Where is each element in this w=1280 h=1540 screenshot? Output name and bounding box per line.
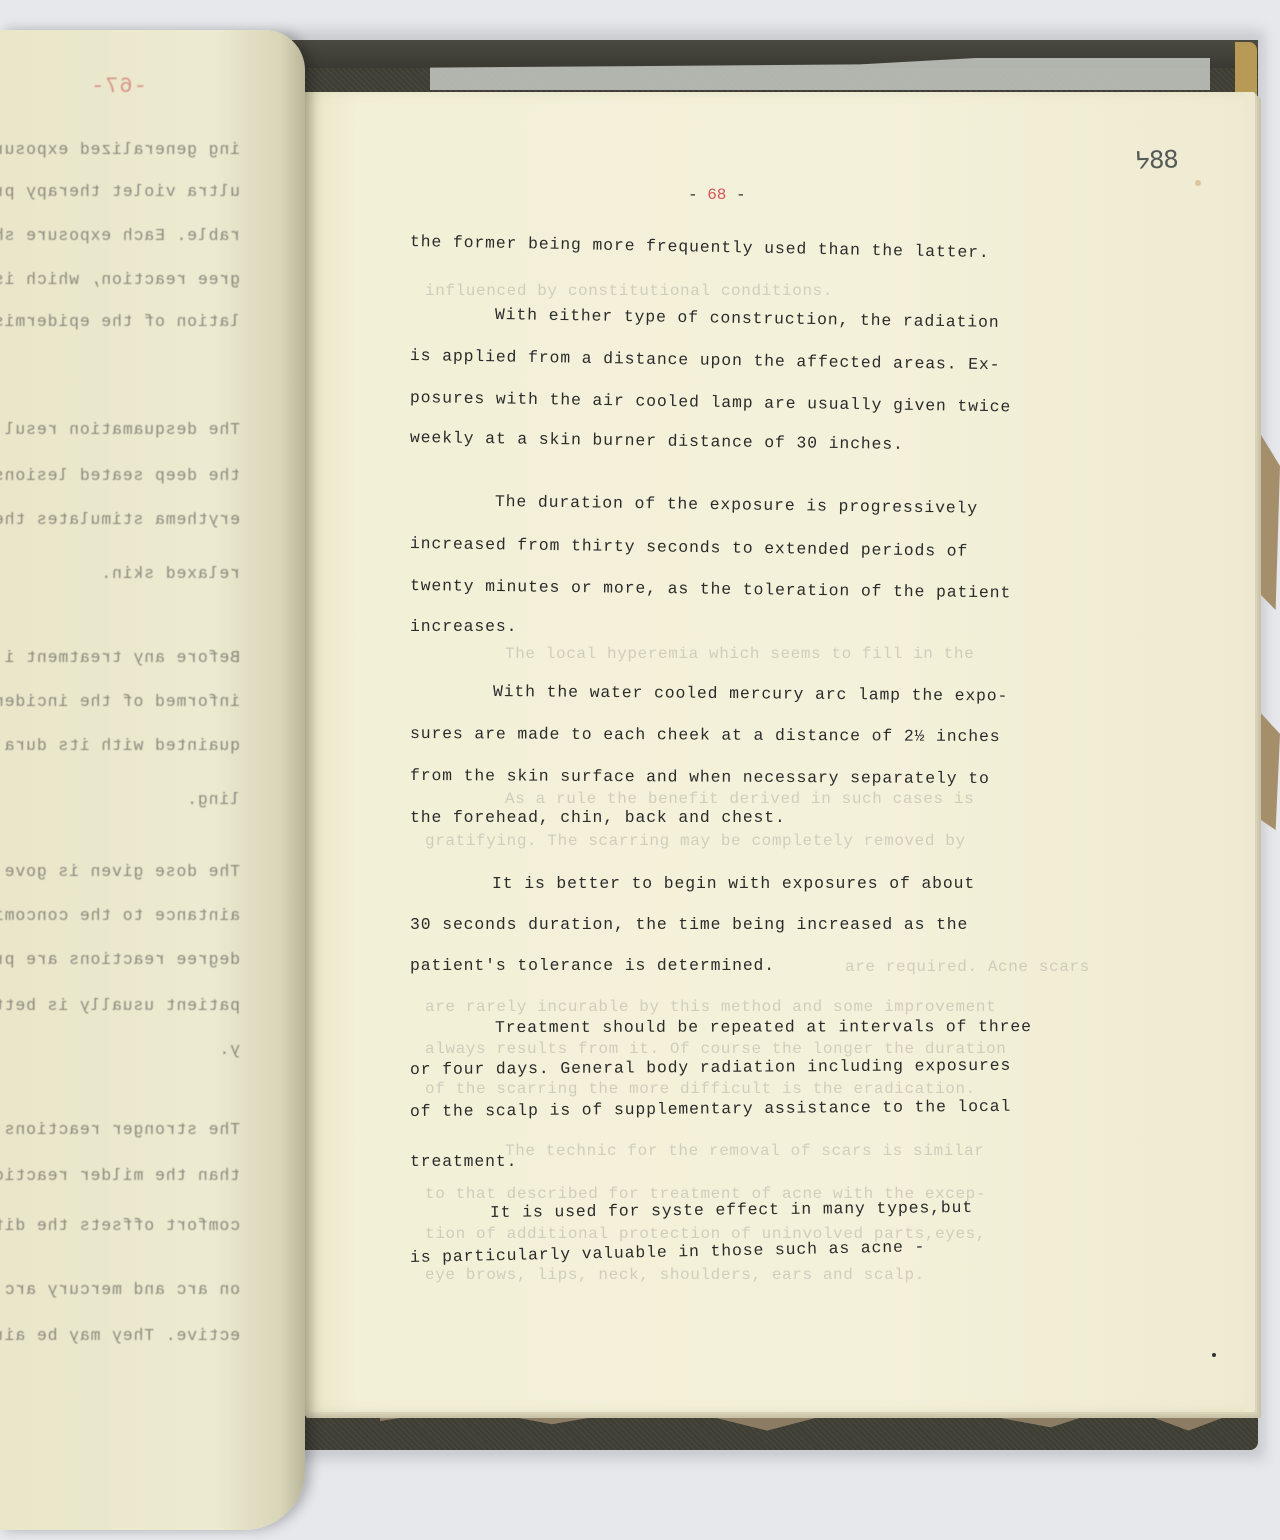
mirrored-line: lation of the epidermis. <box>0 312 240 331</box>
page-number-value: 68 <box>707 186 726 204</box>
mirrored-line: Before any treatment i <box>4 648 240 667</box>
body-line: It is better to begin with exposures of … <box>492 874 975 893</box>
mirrored-line: degree reactions are pr <box>0 950 240 969</box>
page-number: - 68 - <box>688 186 746 204</box>
mirrored-line: erythema stimulates the f <box>0 510 240 529</box>
bleed-through-line: gratifying. The scarring may be complete… <box>425 832 966 850</box>
mirrored-line: quainted with its dura <box>4 736 240 755</box>
body-line: increases. <box>410 617 517 636</box>
torn-paper-side-2 <box>1258 710 1280 830</box>
body-line: patient's tolerance is determined. <box>410 956 775 975</box>
handwritten-folio-mark: ᔭ88 <box>1135 145 1179 174</box>
mirrored-line: ling. <box>186 790 240 809</box>
foxing-spot <box>1195 180 1201 186</box>
body-line: 30 seconds duration, the time being incr… <box>410 915 968 934</box>
bleed-through-line: are rarely incurable by this method and … <box>425 998 996 1016</box>
bleed-through-line: As a rule the benefit derived in such ca… <box>505 790 974 808</box>
mirrored-line: patient usually is better <box>0 996 240 1015</box>
mirrored-line: rable. Each exposure sho <box>0 226 240 245</box>
page-number-prefix: - <box>688 186 707 204</box>
body-line: treatment. <box>410 1152 517 1171</box>
bleed-through-line: eye brows, lips, neck, shoulders, ears a… <box>425 1266 925 1284</box>
torn-paper-side <box>1258 430 1280 610</box>
mirrored-line: The dose given is gove <box>4 862 240 881</box>
mirrored-line: gree reaction, which is fo <box>0 270 240 289</box>
bleed-through-line: The local hyperemia which seems to fill … <box>505 645 974 663</box>
mirrored-line: informed of the incidence <box>0 692 240 711</box>
mirrored-line: than the milder reaction <box>0 1166 240 1185</box>
mirrored-line: The desquamation resul <box>4 420 240 439</box>
left-page-mirrored-text: -67- ing generalized exposures ultra vio… <box>0 30 305 1530</box>
left-page: -67- ing generalized exposures ultra vio… <box>0 30 305 1530</box>
mirrored-line: ective. They may be air c <box>0 1326 240 1345</box>
mirrored-line: y. <box>219 1040 240 1059</box>
bleed-through-line: The technic for the removal of scars is … <box>505 1142 984 1160</box>
mirrored-line: aintance to the concomitan <box>0 906 240 925</box>
bleed-through-line: of the scarring the more difficult is th… <box>425 1080 976 1098</box>
bleed-through-line: are required. Acne scars <box>845 958 1090 976</box>
bleed-through-line: influenced by constitutional conditions. <box>425 282 833 300</box>
mirrored-line: on arc and mercury arc la <box>0 1280 240 1299</box>
body-line: sures are made to each cheek at a distan… <box>410 724 1001 746</box>
mirrored-line: ing generalized exposures <box>0 140 240 159</box>
mirrored-line: comfort offsets the differ <box>0 1216 240 1235</box>
body-line: the forehead, chin, back and chest. <box>410 808 786 827</box>
left-page-number: -67- <box>90 74 147 99</box>
mirrored-line: The stronger reactions <box>4 1120 240 1139</box>
mirrored-line: relaxed skin. <box>100 564 240 583</box>
bleed-through-line: always results from it. Of course the lo… <box>425 1040 1007 1058</box>
body-line: Treatment should be repeated at interval… <box>495 1017 1032 1037</box>
ink-dot <box>1212 1353 1216 1357</box>
mirrored-line: ultra violet therapy prono <box>0 182 240 201</box>
body-line: from the skin surface and when necessary… <box>410 766 990 788</box>
mirrored-line: the deep seated lesions, <box>0 466 240 485</box>
page-number-suffix: - <box>726 186 745 204</box>
